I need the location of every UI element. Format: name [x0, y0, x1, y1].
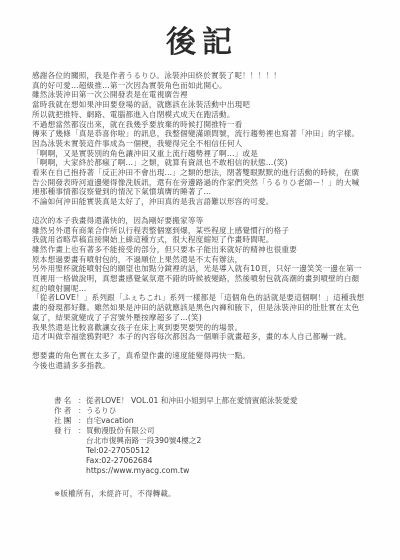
- colophon-value: 從者LOVE！ VOL.01 和沖田小姐到早上都在愛情賓館泳裝愛愛: [86, 396, 297, 406]
- body-line: 這次的本子我畫得還滿快的，因為剛好要搬家等等: [32, 216, 372, 226]
- publisher-line: Tel:02-27050512: [86, 446, 372, 456]
- publisher-line: https://www.myacg.com.tw: [86, 466, 372, 476]
- body-line: 紅的噴射圖呢…: [32, 284, 372, 294]
- body-line: 雖然泳裝沖田第一次公開發表是在電視廣告裡: [32, 90, 372, 100]
- afterword-page: 後記 感謝各位的關照，我是作者うるりひ。泳裝沖田終於實裝了呢！！！！！真的好可愛…: [0, 0, 400, 560]
- body-line: 另外用聖杯就能噴射包的願望也加點分鏡裡的話，光是導入就有10頁，只好一邊笑笑一邊…: [32, 264, 372, 274]
- paragraph: 這次的本子我畫得還滿快的，因為剛好要搬家等等雖然另外還有商業合作所以行程表整個塞…: [32, 216, 372, 342]
- body-line: 不論如何沖田能實裝真是太好了，沖田真的是我言語難以形容的可愛。: [32, 197, 372, 207]
- afterword-body: 感謝各位的關照，我是作者うるりひ。泳裝沖田終於實裝了呢！！！！！真的好可愛…超級…: [32, 71, 372, 370]
- body-line: 傳來了幾條「真是恭喜你啦」的訊息，我整個變滿頭問號，流行趨勢裡也寫著「沖田」的字…: [32, 129, 372, 139]
- colophon-colon: ：: [78, 416, 86, 426]
- colophon-value: 自宅vacation: [86, 416, 134, 426]
- colophon-colon: ：: [78, 406, 86, 416]
- body-line: 頁裡用一格做說明，真想畫感覺氣氛還不錯的時候被變路，然後噴射包就高潮的畫到噴壁的…: [32, 274, 372, 284]
- body-line: 看來在自己抱持著「反正沖田不會出現…」之類的想法，閉著雙眼默默的進行活動的時候，…: [32, 168, 372, 178]
- colophon-row: 作者：うるりひ: [54, 406, 372, 416]
- body-line: 當時我就在想如果沖田要登場的話，就應該在泳裝活動中出現吧: [32, 100, 372, 110]
- body-line: 告公開發表時河道邊變得像洗版訊，還有在旁邊路過的作家們突然「うるりひ老師ー！」的…: [32, 178, 372, 188]
- colophon-row: 書名：從者LOVE！ VOL.01 和沖田小姐到早上都在愛情賓館泳裝愛愛: [54, 396, 372, 406]
- colophon-label: 社團: [54, 416, 78, 426]
- body-line: 我就用省略草稿直接開始上線這種方式，很大程度縮短了作畫時間呢。: [32, 235, 372, 245]
- page-title: 後記: [32, 26, 372, 59]
- body-line: 「啊啊，又是實裝別的角色讓沖田又重上流行趨勢裡了啊…」或是: [32, 149, 372, 159]
- paragraph: 感謝各位的關照，我是作者うるりひ。泳裝沖田終於實裝了呢！！！！！真的好可愛…超級…: [32, 71, 372, 207]
- body-line: 今後也還請多多指教。: [32, 361, 372, 371]
- body-line: 因為泳裝未實裝這件事成為一個梗，我變得完全不相信任何人: [32, 139, 372, 149]
- publisher-line: Fax:02-27062684: [86, 456, 372, 466]
- body-line: 「啊啊，大家終於都瘋了啊…」之類，就算有資訊也不敢相信的狀態…(笑): [32, 158, 372, 168]
- body-line: 真的好可愛…超級推…第一次因為實裝角色而如此開心。: [32, 81, 372, 91]
- colophon-row: 社團：自宅vacation: [54, 416, 372, 426]
- body-line: 氣了，結果就變成了子宮號外壓按摩超多了…(笑): [32, 313, 372, 323]
- colophon-rows: 書名：從者LOVE！ VOL.01 和沖田小姐到早上都在愛情賓館泳裝愛愛作者：う…: [54, 396, 372, 436]
- body-line: 雖然作畫上也有著多不能接受的部分，但只要本子能出來就好的精神也很重要: [32, 245, 372, 255]
- colophon-row: 發行：買動漫股份有限公司: [54, 426, 372, 436]
- body-line: 想要畫的角色實在太多了，真希望作畫的速度能變得再快一點。: [32, 351, 372, 361]
- colophon-label: 作者: [54, 406, 78, 416]
- colophon-value: 買動漫股份有限公司: [86, 426, 154, 436]
- body-line: 連那種事情都沒察覺到的情況下氣憤填膺的睡著了…: [32, 187, 372, 197]
- body-line: 原本想過要畫有噴射包的，不過順位上果然還是不太有辦法，: [32, 255, 372, 265]
- colophon-value: うるりひ: [86, 406, 116, 416]
- body-line: 畫的發現都好難。雖然如果是沖田的話就應該是黑色內褲和腋下，但是泳裝沖田的肚肚實在…: [32, 303, 372, 313]
- body-line: 所以就把推特、網路、電腦都進入自閉模式成天在跑活動。: [32, 110, 372, 120]
- publisher-line: 台北市復興南路一段390號4樓之2: [86, 436, 372, 446]
- colophon-label: 書名: [54, 396, 78, 406]
- colophon-colon: ：: [78, 426, 86, 436]
- body-line: 「從者LOVE！」系列跟「ふぇちこれ」系列一樣都是「這個角色的話就是要這個啊！」…: [32, 293, 372, 303]
- body-line: 感謝各位的關照，我是作者うるりひ。泳裝沖田終於實裝了呢！！！！！: [32, 71, 372, 81]
- colophon-colon: ：: [78, 396, 86, 406]
- body-line: 這才叫做幸福塗鴉對吧？本子的內容每次都因為一個順手就畫超多，畫的本人自己都嚇一跳…: [32, 332, 372, 342]
- body-line: 雖然另外還有商業合作所以行程表整個塞到爆，某些程度上感覺慣行的格子: [32, 226, 372, 236]
- body-line: 我果然還是比較喜歡讓女孩子在床上爽到要哭要哭的的場景。: [32, 323, 372, 333]
- publisher-lines: 台北市復興南路一段390號4樓之2Tel:02-27050512Fax:02-2…: [54, 436, 372, 476]
- paragraph: 想要畫的角色實在太多了，真希望作畫的速度能變得再快一點。今後也還請多多指教。: [32, 351, 372, 370]
- body-line: 不過想當然都沒出來，就在我幾乎要放棄的時候打開推特一看: [32, 120, 372, 130]
- colophon-label: 發行: [54, 426, 78, 436]
- copyright-note: ※版權所有，未經許可，不得轉載。: [54, 488, 372, 499]
- colophon-block: 書名：從者LOVE！ VOL.01 和沖田小姐到早上都在愛情賓館泳裝愛愛作者：う…: [54, 396, 372, 476]
